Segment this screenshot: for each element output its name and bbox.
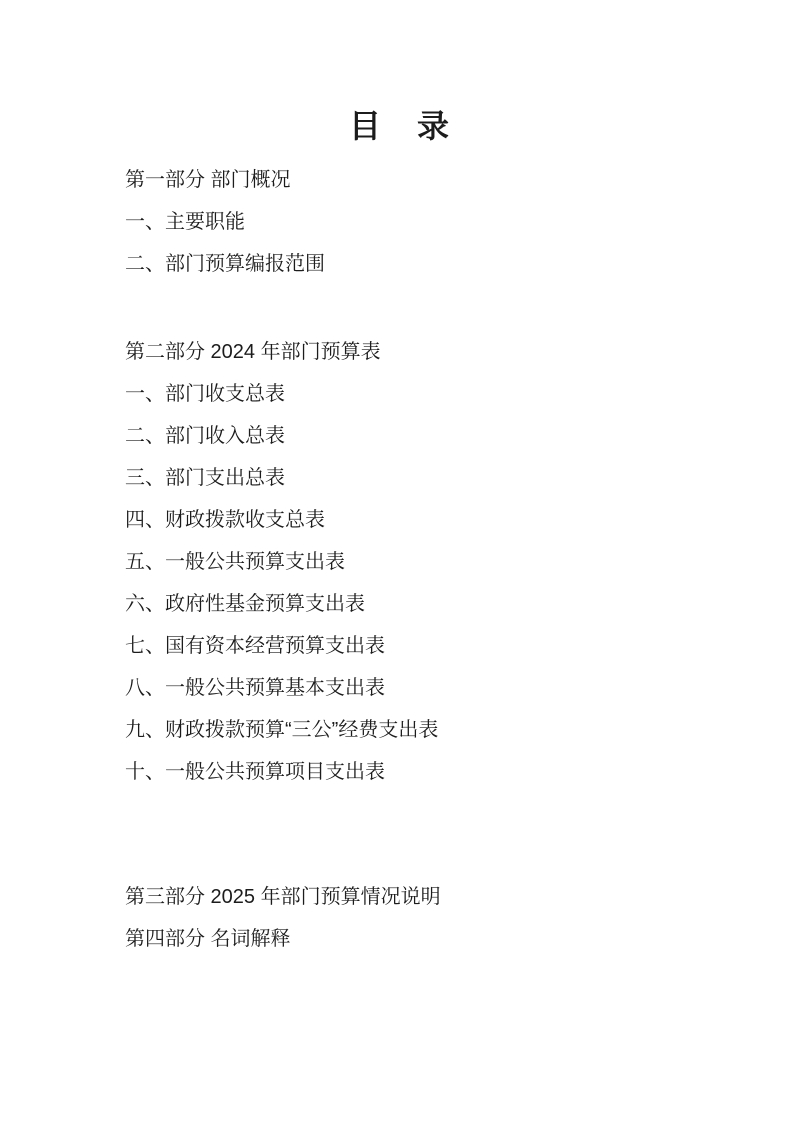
toc-part-heading: 第一部分 部门概况 xyxy=(125,159,740,201)
toc-item: 二、部门预算编报范围 xyxy=(125,243,740,285)
toc-item: 七、国有资本经营预算支出表 xyxy=(125,625,740,667)
toc-item: 三、部门支出总表 xyxy=(125,457,740,499)
toc-item: 八、一般公共预算基本支出表 xyxy=(125,667,740,709)
toc-item: 二、部门收入总表 xyxy=(125,415,740,457)
toc-item: 六、政府性基金预算支出表 xyxy=(125,583,740,625)
toc-item: 一、主要职能 xyxy=(125,201,740,243)
toc-part-heading: 第三部分 2025 年部门预算情况说明 xyxy=(125,876,740,918)
toc-part-heading: 第二部分 2024 年部门预算表 xyxy=(125,331,740,373)
document-page: 目 录 第一部分 部门概况 一、主要职能 二、部门预算编报范围 第二部分 202… xyxy=(0,0,800,1131)
toc-item: 九、财政拨款预算“三公”经费支出表 xyxy=(125,709,740,751)
page-title: 目 录 xyxy=(0,103,800,149)
toc-item: 十、一般公共预算项目支出表 xyxy=(125,751,740,793)
toc-item: 一、部门收支总表 xyxy=(125,373,740,415)
toc-part-heading: 第四部分 名词解释 xyxy=(125,918,740,960)
toc-item: 五、一般公共预算支出表 xyxy=(125,541,740,583)
toc-item: 四、财政拨款收支总表 xyxy=(125,499,740,541)
toc-list: 第一部分 部门概况 一、主要职能 二、部门预算编报范围 第二部分 2024 年部… xyxy=(0,159,800,960)
